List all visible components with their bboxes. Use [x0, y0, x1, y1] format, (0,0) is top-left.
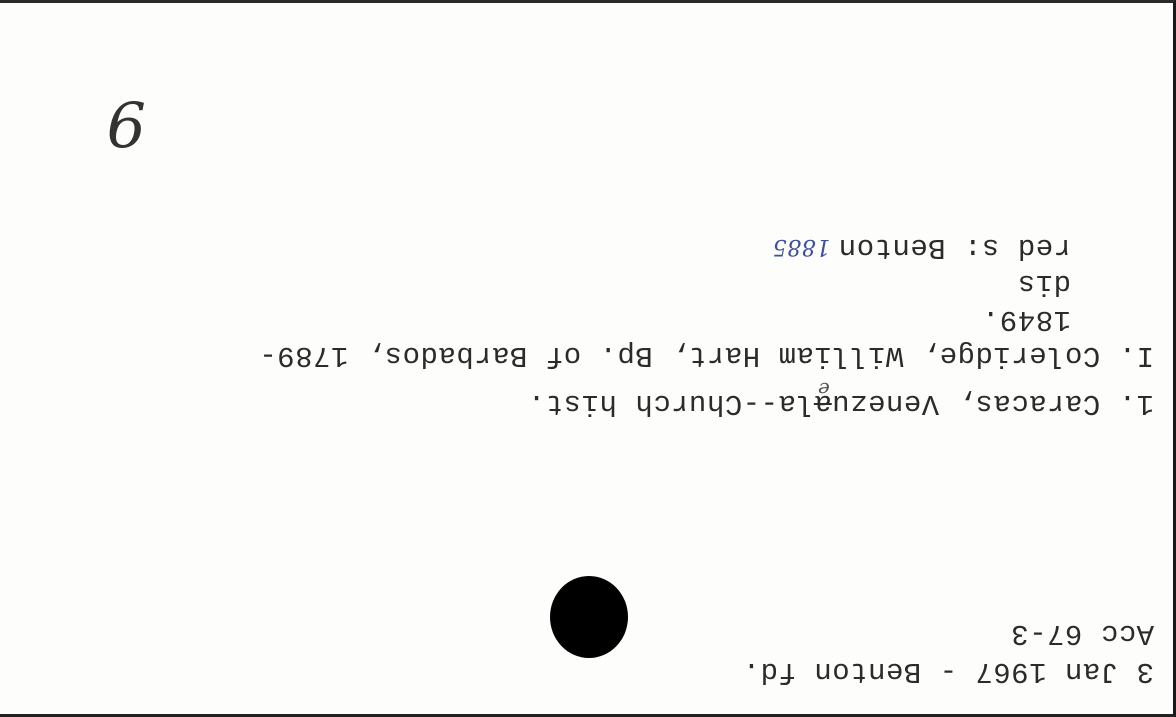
card-content-rotated: 3 Jan 1967 - Benton fd. Acc 67-3 1. Cara… — [0, 3, 1176, 717]
accession-date-line: 3 Jan 1967 - Benton fd. — [742, 655, 1154, 688]
handwritten-number: 9 — [107, 87, 146, 160]
note-line1: dis — [1017, 267, 1071, 300]
handwritten-year: 1885 — [772, 234, 830, 259]
added-entry-line2: 1849. — [981, 303, 1071, 336]
punch-hole — [550, 576, 628, 658]
added-entry-line1: I. Coleridge, William Hart, Bp. of Barba… — [259, 339, 1154, 372]
catalog-card: 3 Jan 1967 - Benton fd. Acc 67-3 1. Cara… — [0, 0, 1176, 717]
corrected-letter: e — [817, 378, 829, 402]
note-text: red s: Benton — [838, 231, 1071, 264]
subject-tracing-1: 1. Caracas, Venezuaela--Church hist. — [527, 387, 1154, 420]
handwritten-correction: ae — [814, 387, 832, 420]
note-line2: red s: Benton1885 — [772, 231, 1071, 264]
subject-prefix: 1. Caracas, Venezu — [832, 387, 1154, 420]
accession-number: Acc 67-3 — [1011, 617, 1154, 650]
subject-suffix: la--Church hist. — [527, 387, 813, 420]
